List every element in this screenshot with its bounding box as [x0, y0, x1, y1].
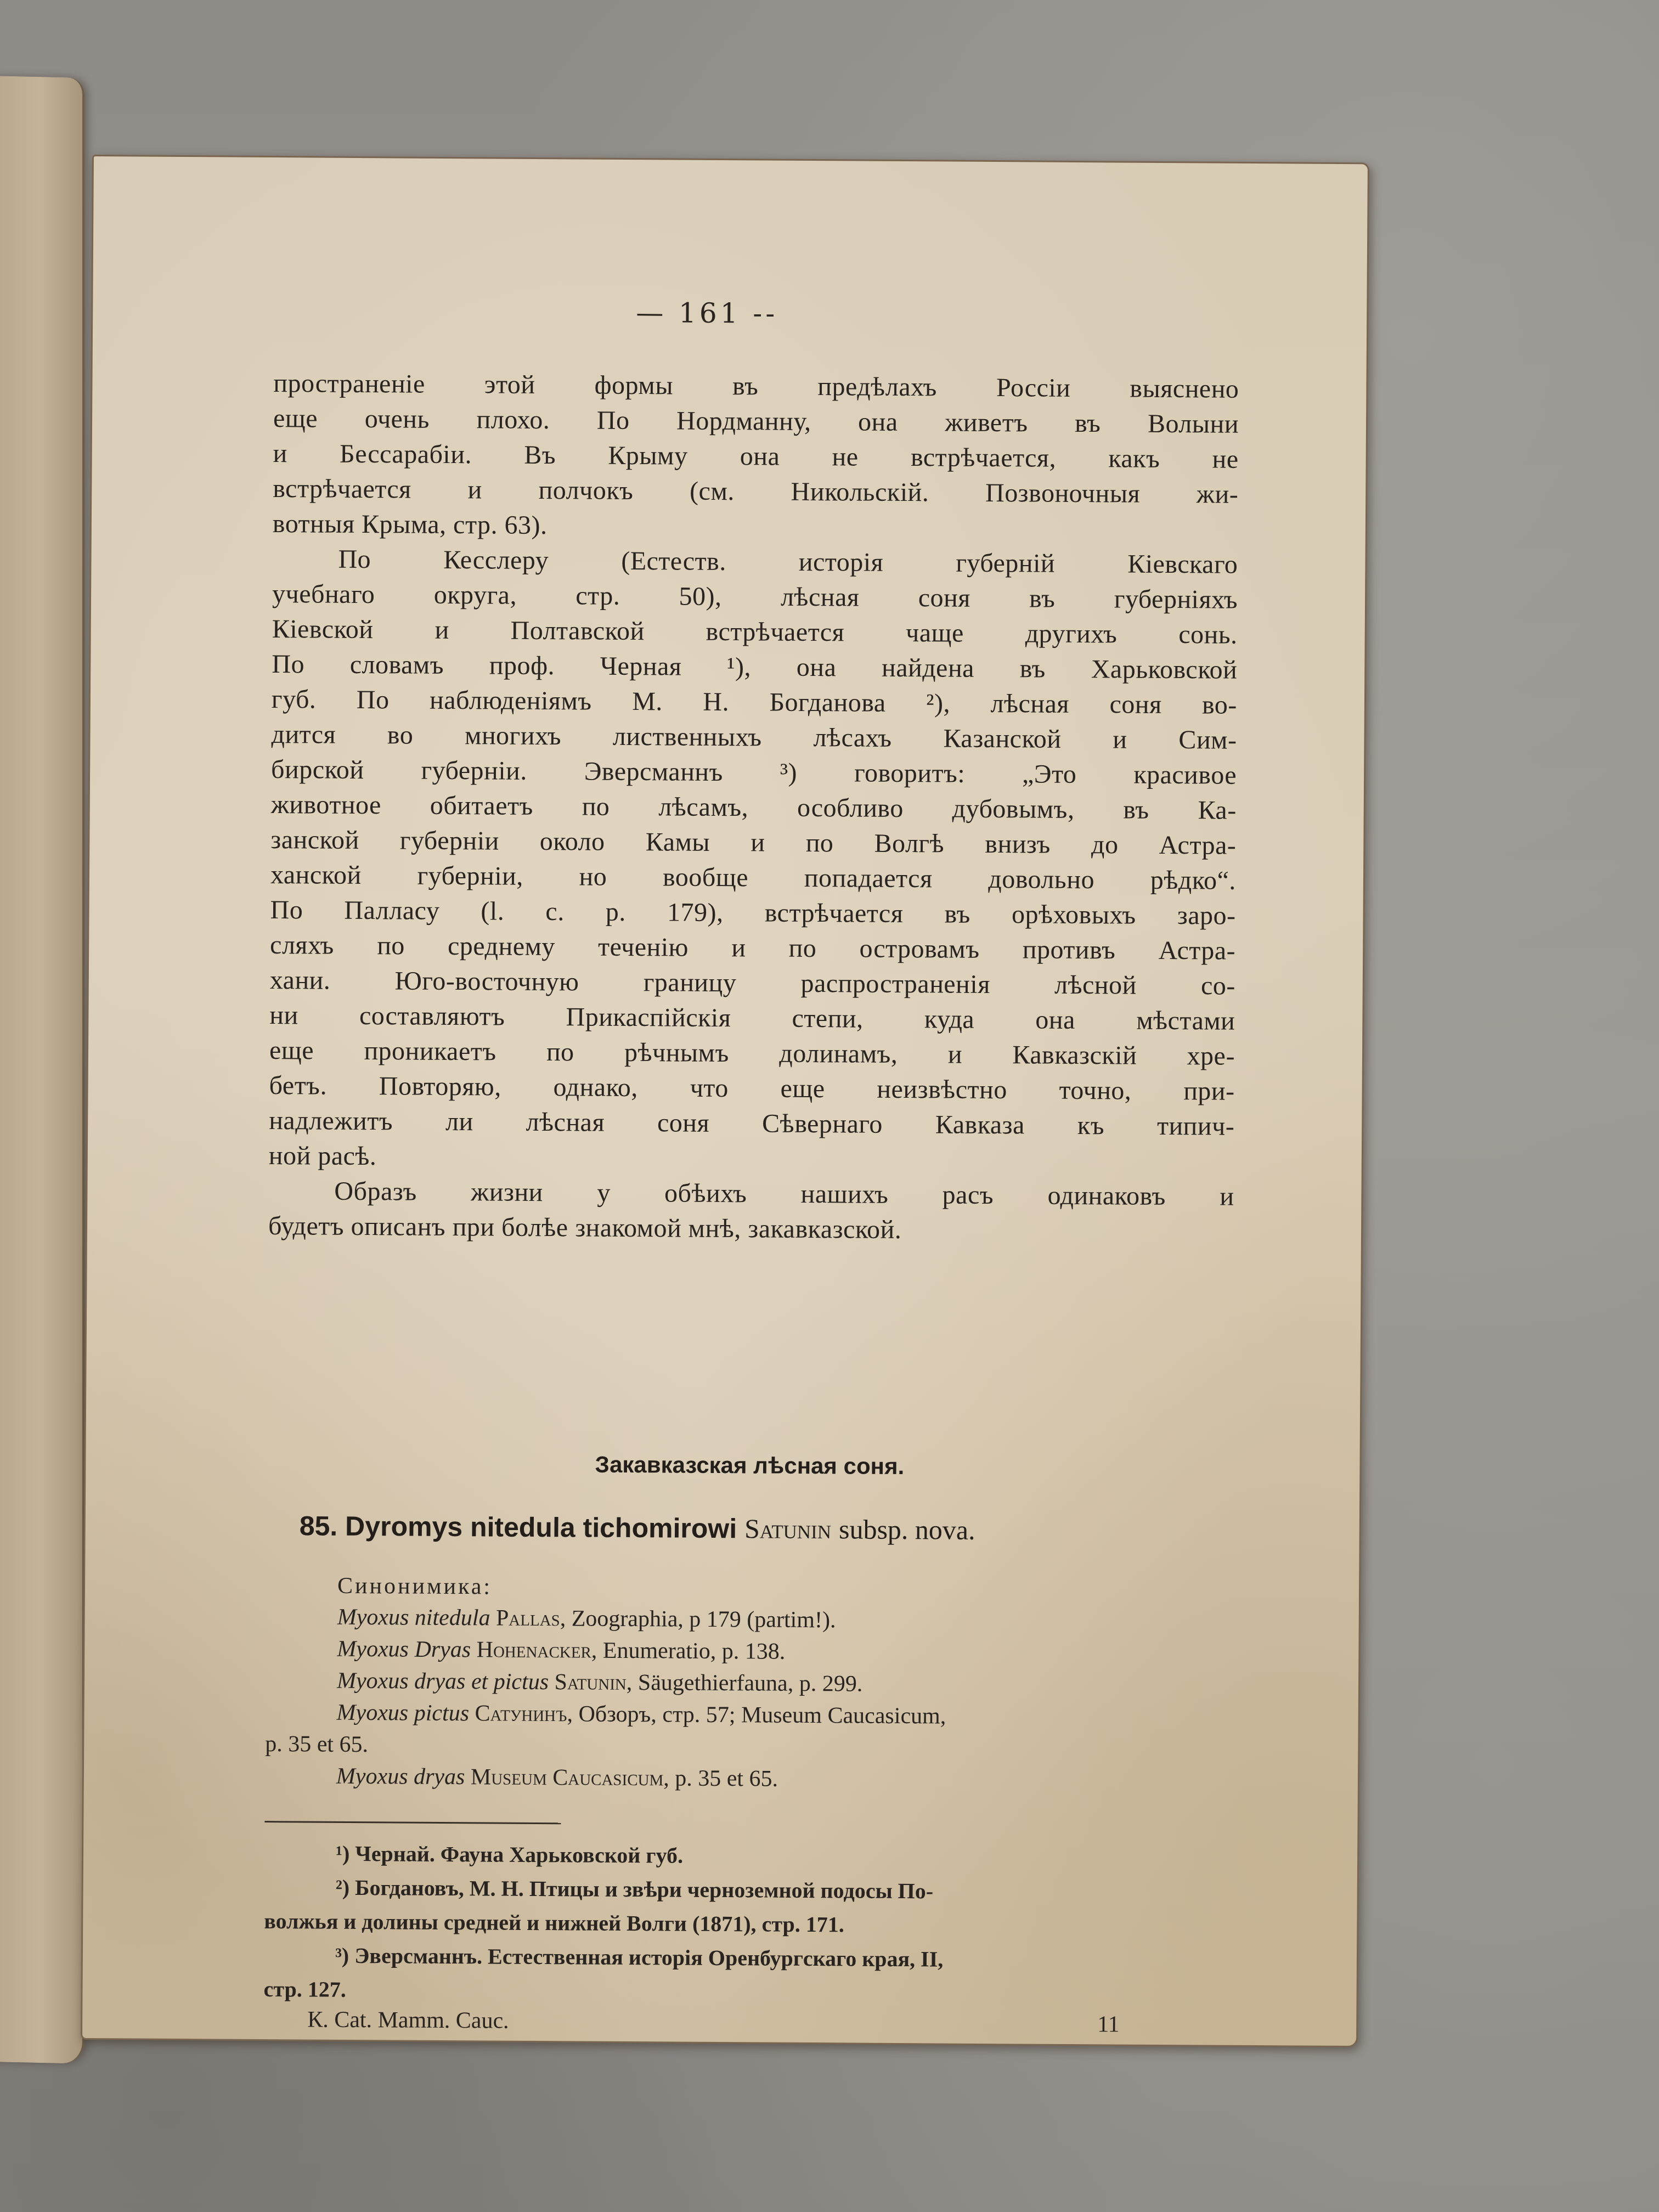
footnote-1: ¹) Чернай. Фауна Харьковской губ. — [264, 1836, 1230, 1876]
footnote-text: Чернай. Фауна Харьковской губ. — [355, 1841, 683, 1868]
text-line: надлежитъ ли лѣсная соня Сѣвернаго Кавка… — [269, 1103, 1234, 1144]
text-line: еще очень плохо. По Нордманну, она живет… — [273, 401, 1239, 442]
species-number: 85. — [300, 1510, 338, 1541]
synonym-taxon: Myoxus dryas et pictus — [337, 1668, 549, 1695]
synonym-author: Satunin, — [554, 1669, 632, 1695]
synonym-taxon: Myoxus dryas — [336, 1764, 465, 1790]
synonymy-block: Синонимика: Myoxus nitedula Pallas, Zoog… — [265, 1570, 1232, 1798]
footnote-divider — [264, 1821, 561, 1824]
text-line: учебнаго округа, стр. 50), лѣсная соня в… — [272, 577, 1238, 618]
text-line: занской губерніи около Камы и по Волгѣ в… — [270, 822, 1236, 864]
species-author: Satunin — [744, 1513, 831, 1544]
text-line: ной расѣ. — [269, 1138, 1234, 1180]
text-line: встрѣчается и полчокъ (см. Никольскій. П… — [273, 471, 1238, 512]
text-line: По Палласу (l. c. p. 179), встрѣчается в… — [270, 893, 1235, 934]
footnote-marker: ¹) — [336, 1841, 350, 1866]
adjacent-page-edge — [0, 76, 84, 2064]
synonym-ref: Säugethierfauna, p. 299. — [638, 1670, 863, 1697]
page-number: — 161 -- — [636, 297, 778, 330]
species-heading: 85. Dyromys nitedula tichomirowi Satunin… — [300, 1510, 975, 1546]
text-line: сляхъ по среднему теченію и по островамъ… — [270, 928, 1235, 969]
text-line: животное обитаетъ по лѣсамъ, особливо ду… — [271, 787, 1237, 828]
text-line: По Кесслеру (Естеств. исторія губерній К… — [272, 541, 1238, 583]
synonym-author: Hohenacker, — [477, 1637, 597, 1663]
signature-number: 11 — [1097, 2011, 1120, 2038]
text-line: вотныя Крыма, стр. 63). — [273, 506, 1238, 548]
synonym-entry: Myoxus dryas et pictus Satunin, Säugethi… — [266, 1664, 1231, 1702]
text-line: бетъ. Повторяю, однако, что еще неизвѣст… — [269, 1068, 1234, 1109]
synonym-author: Pallas, — [496, 1606, 566, 1632]
synonym-ref: Обзоръ, стр. 57; Museum Caucasicum, — [578, 1701, 946, 1729]
text-line: бирской губерніи. Эверсманнъ ³) говоритъ… — [271, 752, 1237, 793]
text-line: будетъ описанъ при болѣе знакомой мнѣ, з… — [268, 1209, 1234, 1250]
text-line: ни составляютъ Прикаспійскія степи, куда… — [269, 998, 1235, 1039]
synonym-entry: Myoxus Dryas Hohenacker, Enumeratio, p. … — [266, 1633, 1231, 1671]
footnote-marker: ²) — [336, 1875, 350, 1900]
synonym-ref: Enumeratio, p. 138. — [603, 1638, 786, 1664]
signature-mark: К. Cat. Mamm. Cauc. — [307, 2006, 509, 2034]
footnote-2-continuation: волжья и долины средней и нижней Волги (… — [264, 1904, 1229, 1944]
text-line: По словамъ проф. Черная ¹), она найдена … — [272, 647, 1237, 688]
text-line: губ. По наблюденіямъ М. Н. Богданова ²),… — [272, 682, 1237, 723]
text-line: пространеніе этой формы въ предѣлахъ Рос… — [273, 366, 1239, 407]
synonym-ref: Zoographia, p 179 (partim!). — [572, 1606, 836, 1633]
footnote-3-continuation: стр. 127. — [263, 1972, 1229, 2012]
text-line: хани. Юго-восточную границу распростране… — [270, 963, 1235, 1004]
synonym-author: Museum Caucasicum, — [471, 1764, 669, 1791]
species-status: subsp. nova. — [839, 1514, 975, 1545]
synonym-entry: Myoxus pictus Сатунинъ, Обзоръ, стр. 57;… — [265, 1696, 1231, 1734]
text-line: ханской губерніи, но вообще попадается д… — [270, 857, 1236, 899]
footnote-text: Богдановъ, М. Н. Птицы и звѣри черноземн… — [355, 1875, 933, 1903]
text-line: дится во многихъ лиственныхъ лѣсахъ Каза… — [271, 717, 1237, 758]
synonym-entry: Myoxus nitedula Pallas, Zoographia, p 17… — [266, 1601, 1232, 1639]
synonym-author: Сатунинъ, — [475, 1701, 573, 1726]
species-name: Dyromys nitedula tichomirowi — [345, 1511, 737, 1544]
text-line: Образъ жизни у обѣихъ нашихъ расъ одинак… — [268, 1173, 1234, 1215]
synonym-continuation: p. 35 et 65. — [265, 1728, 1231, 1766]
text-line: Кіевской и Полтавской встрѣчается чаще д… — [272, 612, 1238, 653]
synonym-taxon: Myoxus nitedula — [337, 1605, 490, 1631]
footnote-2: ²) Богдановъ, М. Н. Птицы и звѣри черноз… — [264, 1870, 1230, 1910]
text-line: и Бессарабіи. Въ Крыму она не встрѣчаетс… — [273, 436, 1238, 477]
footnotes: ¹) Чернай. Фауна Харьковской губ. ²) Бог… — [263, 1836, 1230, 2012]
body-text: пространеніе этой формы въ предѣлахъ Рос… — [268, 366, 1239, 1250]
section-heading: Закавказская лѣсная соня. — [267, 1449, 1232, 1482]
synonym-entry: Myoxus dryas Museum Caucasicum, p. 35 et… — [265, 1760, 1231, 1798]
footnote-3: ³) Эверсманнъ. Естественная исторія Орен… — [264, 1938, 1229, 1978]
footnote-text: Эверсманнъ. Естественная исторія Оренбур… — [354, 1943, 943, 1972]
synonym-ref: p. 35 et 65. — [675, 1766, 778, 1792]
book-page: — 161 -- пространеніе этой формы въ пред… — [81, 155, 1369, 2047]
footnote-marker: ³) — [335, 1943, 349, 1968]
text-line: еще проникаетъ по рѣчнымъ долинамъ, и Ка… — [269, 1033, 1235, 1074]
synonym-taxon: Myoxus pictus — [337, 1700, 470, 1726]
synonym-taxon: Myoxus Dryas — [337, 1637, 471, 1662]
